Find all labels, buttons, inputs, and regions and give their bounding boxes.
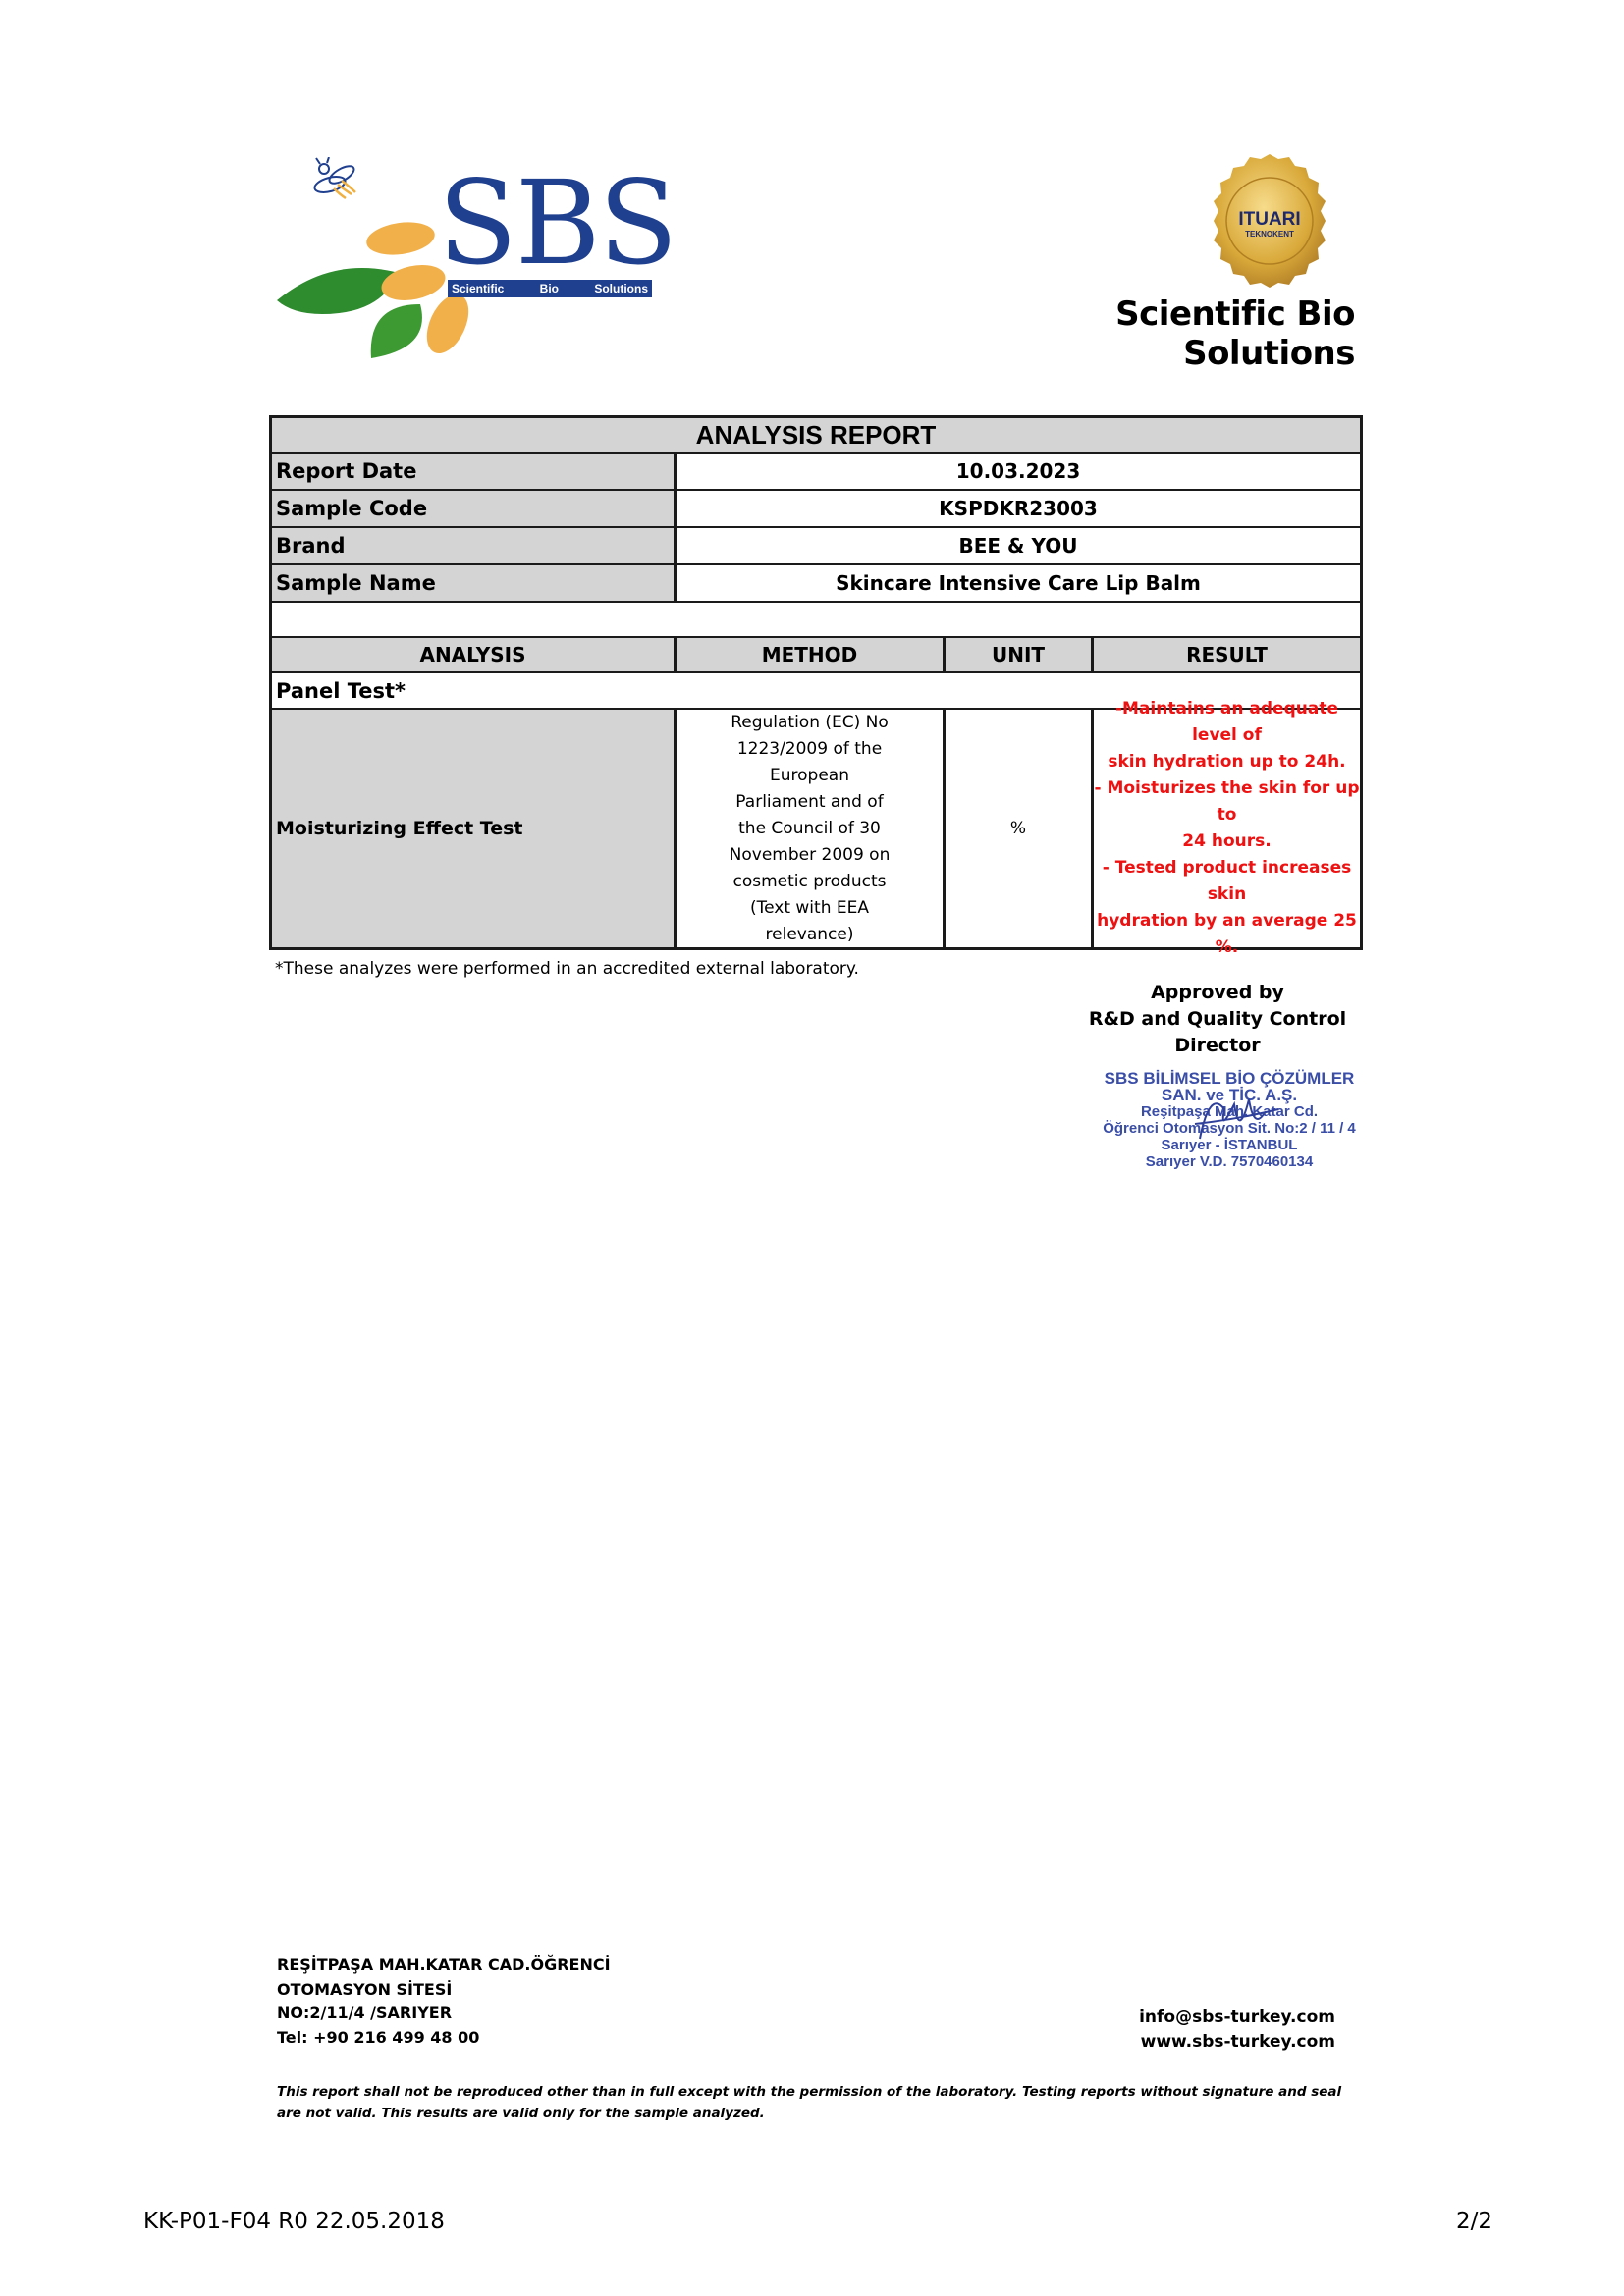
approval-line: R&D and Quality Control xyxy=(1070,1006,1365,1033)
logo-tagline-band: Scientific Bio Solutions xyxy=(448,280,652,297)
svg-text:TEKNOKENT: TEKNOKENT xyxy=(1245,230,1294,239)
address-phone: Tel: +90 216 499 48 00 xyxy=(277,2026,611,2051)
method-line: (Text with EEA xyxy=(750,895,869,922)
form-code: KK-P01-F04 R0 22.05.2018 xyxy=(143,2209,445,2234)
result-line: hydration by an average 25 %. xyxy=(1094,908,1360,961)
method-line: 1223/2009 of the xyxy=(737,736,882,763)
info-label: Report Date xyxy=(272,454,677,489)
result-text: -Maintains an adequate level of skin hyd… xyxy=(1094,710,1360,947)
column-header-row: ANALYSIS METHOD UNIT RESULT xyxy=(272,638,1360,673)
column-header-result: RESULT xyxy=(1094,638,1360,671)
analysis-name: Moisturizing Effect Test xyxy=(272,710,677,947)
info-value: KSPDKR23003 xyxy=(677,491,1360,526)
logo-tagline-word: Scientific xyxy=(452,282,504,295)
legal-disclaimer: This report shall not be reproduced othe… xyxy=(277,2081,1357,2124)
result-line: - Moisturizes the skin for up to xyxy=(1094,775,1360,828)
info-row-sample-code: Sample Code KSPDKR23003 xyxy=(272,491,1360,528)
address-line: REŞİTPAŞA MAH.KATAR CAD.ÖĞRENCİ xyxy=(277,1953,611,1978)
company-contact: info@sbs-turkey.com www.sbs-turkey.com xyxy=(1129,2005,1335,2054)
info-label: Sample Name xyxy=(272,565,677,601)
page-number: 2/2 xyxy=(1434,2209,1492,2234)
report-title: ANALYSIS REPORT xyxy=(272,418,1360,454)
unit-value: % xyxy=(946,710,1094,947)
approval-line: Director xyxy=(1070,1033,1365,1059)
method-text: Regulation (EC) No 1223/2009 of the Euro… xyxy=(677,710,946,947)
approval-line: Approved by xyxy=(1070,980,1365,1006)
info-row-brand: Brand BEE & YOU xyxy=(272,528,1360,565)
spacer-row xyxy=(272,603,1360,638)
info-row-sample-name: Sample Name Skincare Intensive Care Lip … xyxy=(272,565,1360,603)
company-address: REŞİTPAŞA MAH.KATAR CAD.ÖĞRENCİ OTOMASYO… xyxy=(277,1953,611,2050)
method-line: Parliament and of xyxy=(735,789,883,816)
signature-icon xyxy=(1180,1080,1288,1158)
address-line: NO:2/11/4 /SARIYER xyxy=(277,2002,611,2026)
result-line: - Tested product increases skin xyxy=(1094,855,1360,908)
method-line: relevance) xyxy=(766,922,854,948)
logo-tagline-word: Solutions xyxy=(594,282,648,295)
svg-text:ITUARI: ITUARI xyxy=(1238,209,1300,230)
company-name: Scientific Bio Solutions xyxy=(982,294,1355,373)
result-line: skin hydration up to 24h. xyxy=(1108,749,1345,775)
info-value: Skincare Intensive Care Lip Balm xyxy=(677,565,1360,601)
approval-block: Approved by R&D and Quality Control Dire… xyxy=(1070,980,1365,1059)
footnote: *These analyzes were performed in an acc… xyxy=(275,959,859,979)
address-line: OTOMASYON SİTESİ xyxy=(277,1978,611,2002)
column-header-method: METHOD xyxy=(677,638,946,671)
method-line: the Council of 30 xyxy=(738,816,881,842)
table-row: Moisturizing Effect Test Regulation (EC)… xyxy=(272,710,1360,947)
result-line: 24 hours. xyxy=(1182,828,1271,855)
info-value: BEE & YOU xyxy=(677,528,1360,563)
method-line: cosmetic products xyxy=(732,869,886,895)
column-header-unit: UNIT xyxy=(946,638,1094,671)
info-label: Sample Code xyxy=(272,491,677,526)
logo-wordmark: SBS xyxy=(438,165,676,281)
result-line: -Maintains an adequate level of xyxy=(1094,696,1360,749)
contact-email[interactable]: info@sbs-turkey.com xyxy=(1129,2005,1335,2030)
column-header-analysis: ANALYSIS xyxy=(272,638,677,671)
info-row-report-date: Report Date 10.03.2023 xyxy=(272,454,1360,491)
company-stamp: SBS BİLİMSEL BİO ÇÖZÜMLER SAN. ve TİC. A… xyxy=(1092,1070,1367,1170)
contact-website[interactable]: www.sbs-turkey.com xyxy=(1129,2030,1335,2055)
sbs-logo: SBS Scientific Bio Solutions xyxy=(273,157,666,368)
method-line: November 2009 on xyxy=(730,842,891,869)
logo-tagline-word: Bio xyxy=(540,282,559,295)
ituari-teknokent-seal-icon: ITUARI TEKNOKENT xyxy=(1191,152,1348,290)
info-label: Brand xyxy=(272,528,677,563)
analysis-report-table: ANALYSIS REPORT Report Date 10.03.2023 S… xyxy=(269,415,1363,950)
info-value: 10.03.2023 xyxy=(677,454,1360,489)
method-line: Regulation (EC) No xyxy=(731,710,889,736)
method-line: European xyxy=(770,763,849,789)
